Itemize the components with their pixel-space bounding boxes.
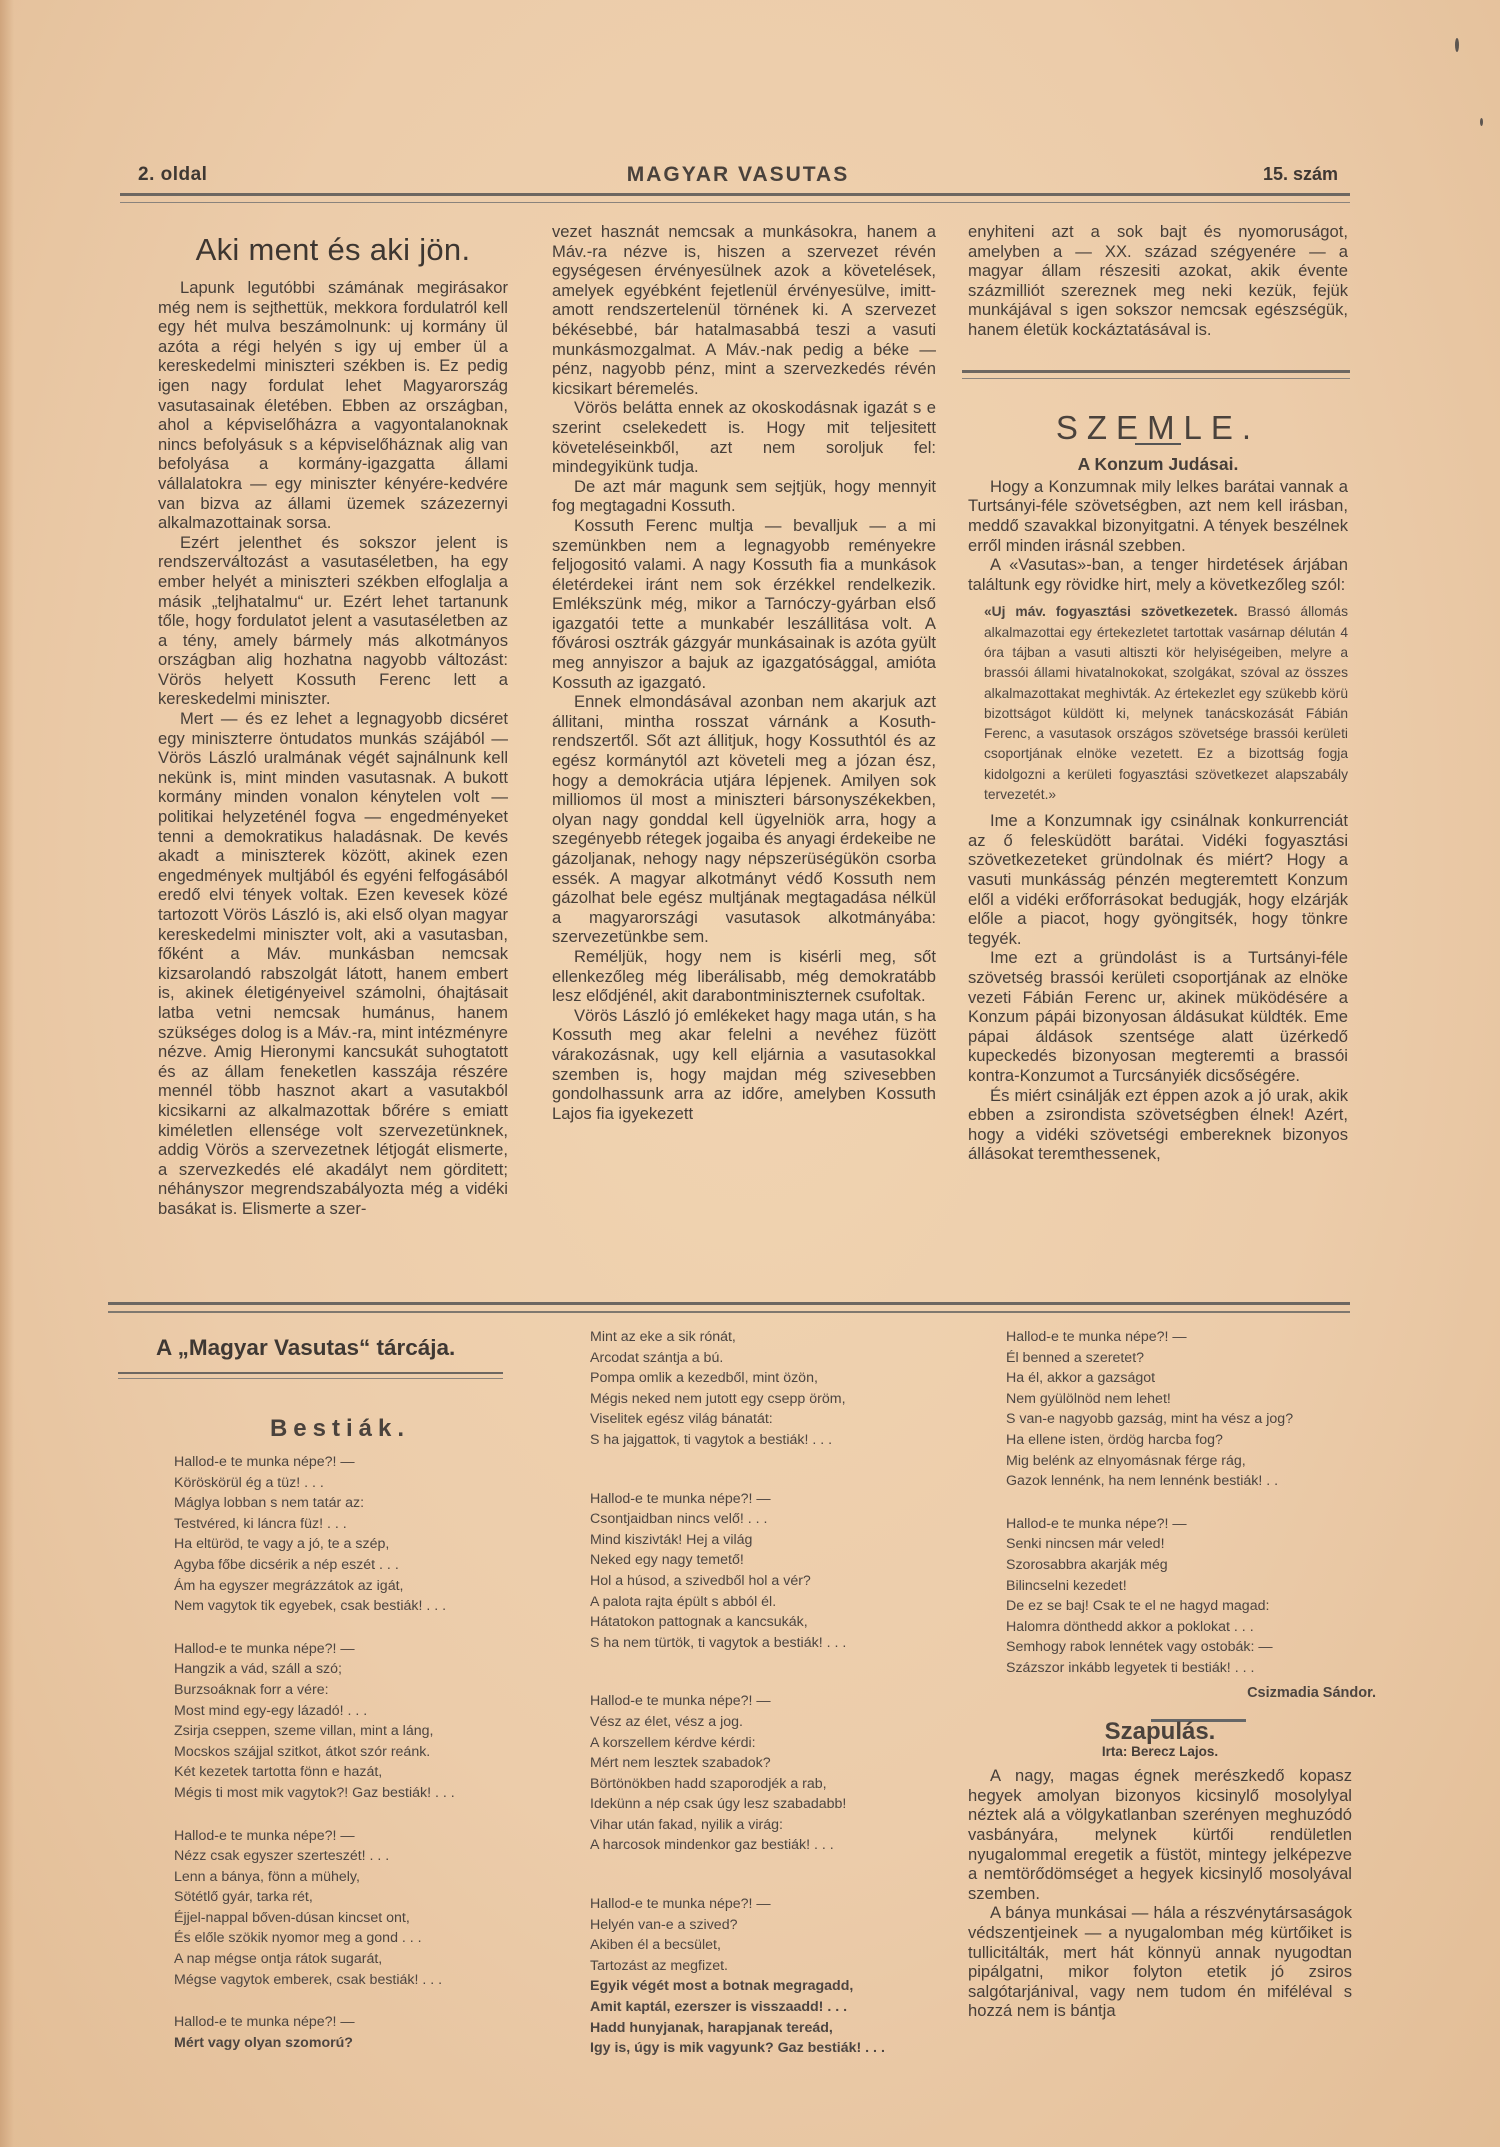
article-paragraph: Reméljük, hogy nem is kisérli meg, sőt e… (552, 947, 936, 1006)
poem-line: Halomra dönthedd akkor a poklokat . . . (1006, 1617, 1386, 1638)
feuilleton-rule (108, 1302, 1350, 1313)
poem-line: Nem gyülölnöd nem lehet! (1006, 1389, 1386, 1410)
paper-name: MAGYAR VASUTAS (138, 163, 1338, 187)
poem-line: A palota rajta épült s abból él. (590, 1592, 885, 1613)
poem-line: Két kezetek tartotta fönn e hazát, (174, 1762, 455, 1783)
poem-line: Hallod-e te munka népe?! — (174, 1826, 455, 1847)
poem-title: Bestiák. (130, 1415, 550, 1443)
szemle-paragraph: Ime a Konzumnak igy csinálnak konkurrenc… (968, 811, 1348, 948)
story-szapulas: Szapulás. Irta: Berecz Lajos. A nagy, ma… (968, 1722, 1352, 2021)
poem-line: S ha jajgattok, ti vagytok a bestiák! . … (590, 1430, 885, 1451)
poem-line: Köröskörül ég a tüz! . . . (174, 1473, 455, 1494)
poem-line: Hallod-e te munka népe?! — (1006, 1327, 1386, 1348)
poem-line: Máglya lobban s nem tatár az: (174, 1493, 455, 1514)
poem-line: Neked egy nagy temető! (590, 1550, 885, 1571)
article-paragraph: Vörös László jó emlékeket hagy maga után… (552, 1006, 936, 1124)
poem-line: Mért nem lesztek szabadok? (590, 1753, 885, 1774)
poem-line: Bilincselni kezedet! (1006, 1576, 1386, 1597)
article-paragraph: Mert — és ez lehet a legnagyobb dicséret… (158, 709, 508, 1218)
poem-line: Hallod-e te munka népe?! — (590, 1489, 885, 1510)
poem-line: A korszellem kérdve kérdi: (590, 1733, 885, 1754)
article-paragraph: enyhiteni azt a sok bajt és nyomoruságot… (968, 222, 1348, 340)
poem-line: Vihar után fakad, nyilik a virág: (590, 1815, 885, 1836)
poem-stanza: Hallod-e te munka népe?! —Hangzik a vád,… (174, 1639, 455, 1804)
poem-line: Hol a húsod, a szivedből hol a vér? (590, 1571, 885, 1592)
feuilleton-title: A „Magyar Vasutas“ tárcája. (156, 1335, 455, 1361)
poem-line: S ha nem türtök, ti vagytok a bestiák! .… (590, 1633, 885, 1654)
quote-body: Brassó állomás alkalmazottai egy értekez… (984, 604, 1348, 802)
poem-line: Hallod-e te munka népe?! — (174, 2012, 455, 2033)
poem-line: Hangzik a vád, száll a szó; (174, 1659, 455, 1680)
szemle-paragraph: Ime ezt a gründolást is a Turtsányi-féle… (968, 948, 1348, 1085)
poem-line: De ez se baj! Csak te el ne hagyd magad: (1006, 1596, 1386, 1617)
poem-line: Testvéred, ki láncra füz! . . . (174, 1514, 455, 1535)
poem-line: Százszor inkább legyetek ti bestiák! . .… (1006, 1658, 1386, 1679)
poem-author: Csizmadia Sándor. (1006, 1683, 1386, 1704)
article-paragraph: Vörös belátta ennek az okoskodásnak igaz… (552, 398, 936, 476)
poem-line: Szorosabbra akarják még (1006, 1555, 1386, 1576)
article-paragraph: Kossuth Ferenc multja — bevalljuk — a mi… (552, 516, 936, 692)
poem-stanza: Mint az eke a sik rónát,Arcodat szántja … (590, 1327, 885, 1451)
poem-line: Helyén van-e a szived? (590, 1915, 885, 1936)
poem-stanzas: Hallod-e te munka népe?! —Él benned a sz… (1006, 1327, 1386, 1679)
poem-line: Hallod-e te munka népe?! — (590, 1894, 885, 1915)
poem-line: Hadd hunyjanak, harapjanak tereád, (590, 2018, 885, 2039)
poem-line: Mind kiszivták! Hej a világ (590, 1530, 885, 1551)
quote-lead: «Uj máv. fogyasztási szövetkezetek. (984, 604, 1238, 619)
szemle-paragraph: És miért csinálják ezt éppen azok a jó u… (968, 1086, 1348, 1164)
poem-line: Idekünn a nép csak úgy lesz szabadabb! (590, 1794, 885, 1815)
poem-line: Ha él, akkor a gazságot (1006, 1368, 1386, 1389)
article-column-1: Aki ment és aki jön. Lapunk legutóbbi sz… (158, 232, 508, 1219)
poem-line: Akiben él a becsület, (590, 1935, 885, 1956)
szemle-paragraph: Hogy a Konzumnak mily lelkes barátai van… (968, 477, 1348, 555)
poem-line: Egyik végét most a botnak megragadd, (590, 1976, 885, 1997)
article-paragraph: vezet hasznát nemcsak a munkásokra, hane… (552, 222, 936, 398)
poem-line: Mért vagy olyan szomorú? (174, 2033, 455, 2054)
poem-line: Amit kaptál, ezerszer is visszaadd! . . … (590, 1997, 885, 2018)
poem-line: Mégis neked nem jutott egy csepp öröm, (590, 1389, 885, 1410)
article-column-3: enyhiteni azt a sok bajt és nyomoruságot… (968, 222, 1348, 1164)
article-paragraph: Lapunk legutóbbi számának megirásakor mé… (158, 278, 508, 533)
poem-line: A harcosok mindenkor gaz bestiák! . . . (590, 1835, 885, 1856)
quoted-news-item: «Uj máv. fogyasztási szövetkezetek. Bras… (968, 602, 1348, 805)
article-headline: Aki ment és aki jön. (158, 232, 508, 268)
poem-line: Hallod-e te munka népe?! — (590, 1691, 885, 1712)
poem-line: Éjjel-nappal bőven-dúsan kincset ont, (174, 1908, 455, 1929)
poem-line: Ha eltüröd, te vagy a jó, te a szép, (174, 1534, 455, 1555)
poem-line: Sötétlő gyár, tarka rét, (174, 1887, 455, 1908)
poem-line: Hallod-e te munka népe?! — (174, 1452, 455, 1473)
poem-line: Igy is, úgy is mik vagyunk? Gaz bestiák!… (590, 2038, 885, 2059)
poem-stanza: Hallod-e te munka népe?! —Mért vagy olya… (174, 2012, 455, 2053)
poem-line: Gazok lennénk, ha nem lennénk bestiák! .… (1006, 1471, 1386, 1492)
poem-stanza: Hallod-e te munka népe?! —Köröskörül ég … (174, 1452, 455, 1617)
section-rule (962, 370, 1350, 379)
story-paragraph: A bánya munkásai — hála a részvénytársas… (968, 1903, 1352, 2021)
szemle-article-title: A Konzum Judásai. (968, 455, 1348, 475)
feuilleton-title-rule (118, 1372, 503, 1379)
poem-line: Nem vagytok tik egyebek, csak bestiák! .… (174, 1596, 455, 1617)
poem-line: Vész az élet, vész a jog. (590, 1712, 885, 1733)
poem-line: Agyba főbe dicsérik a nép eszét . . . (174, 1555, 455, 1576)
article-paragraph: Ezért jelenthet és sokszor jelent is ren… (158, 533, 508, 709)
newspaper-page: 2. oldal MAGYAR VASUTAS 15. szám Aki men… (0, 0, 1500, 2147)
masthead-rule (120, 193, 1350, 203)
poem-line: Él benned a szeretet? (1006, 1348, 1386, 1369)
scan-speck (1455, 38, 1459, 52)
poem-stanza: Hallod-e te munka népe?! —Helyén van-e a… (590, 1894, 885, 2059)
story-byline: Irta: Berecz Lajos. (968, 1742, 1352, 1762)
poem-line: Mégse vagytok emberek, csak bestiák! . .… (174, 1970, 455, 1991)
masthead: 2. oldal MAGYAR VASUTAS 15. szám (138, 160, 1338, 190)
article-paragraph: De azt már magunk sem sejtjük, hogy menn… (552, 477, 936, 516)
poem-line: Senki nincsen már veled! (1006, 1534, 1386, 1555)
poem-line: Hátatokon pattognak a kancsukák, (590, 1612, 885, 1633)
poem-stanza: Hallod-e te munka népe?! —Él benned a sz… (1006, 1327, 1386, 1492)
poem-line: Mint az eke a sik rónát, (590, 1327, 885, 1348)
scan-speck (1480, 118, 1483, 126)
poem-line: Nézz csak egyszer szerteszét! . . . (174, 1846, 455, 1867)
poem-line: Ha ellene isten, ördög harcba fog? (1006, 1430, 1386, 1451)
poem-line: Mégis ti most mik vagytok?! Gaz bestiák!… (174, 1783, 455, 1804)
poem-line: Burzsoáknak forr a vére: (174, 1680, 455, 1701)
story-title: Szapulás. (968, 1722, 1352, 1742)
poem-line: Arcodat szántja a bú. (590, 1348, 885, 1369)
story-paragraph: A nagy, magas égnek merészkedő kopasz he… (968, 1766, 1352, 1903)
poem-line: Hallod-e te munka népe?! — (1006, 1514, 1386, 1535)
poem-stanza: Hallod-e te munka népe?! —Csontjaidban n… (590, 1489, 885, 1654)
poem-line: Most mind egy-egy lázadó! . . . (174, 1701, 455, 1722)
poem-column-2: Mint az eke a sik rónát,Arcodat szántja … (590, 1327, 885, 2097)
poem-stanza: Hallod-e te munka népe?! —Vész az élet, … (590, 1691, 885, 1856)
poem-line: Mig belénk az elnyomásnak férge rág, (1006, 1451, 1386, 1472)
poem-line: Viselitek egész világ bánatát: (590, 1409, 885, 1430)
poem-column-1: Hallod-e te munka népe?! —Köröskörül ég … (174, 1452, 455, 2075)
issue-number: 15. szám (1263, 164, 1338, 185)
poem-line: S van-e nagyobb gazság, mint ha vész a j… (1006, 1409, 1386, 1430)
section-title-szemle: SZEMLE. (968, 418, 1348, 438)
poem-line: És előle szökik nyomor meg a gond . . . (174, 1928, 455, 1949)
poem-line: Börtönökben hadd szaporodjék a rab, (590, 1774, 885, 1795)
poem-line: Pompa omlik a kezedből, mint özön, (590, 1368, 885, 1389)
poem-stanza: Hallod-e te munka népe?! —Senki nincsen … (1006, 1514, 1386, 1679)
poem-line: Semhogy rabok lennétek vagy ostobák: — (1006, 1637, 1386, 1658)
article-paragraph: Ennek elmondásával azonban nem akarjuk a… (552, 692, 936, 947)
poem-line: Lenn a bánya, fönn a mühely, (174, 1867, 455, 1888)
poem-line: Ám ha egyszer megrázzátok az igát, (174, 1576, 455, 1597)
poem-stanza: Hallod-e te munka népe?! —Nézz csak egys… (174, 1826, 455, 1991)
poem-line: Tartozást az megfizet. (590, 1956, 885, 1977)
szemle-paragraph: A «Vasutas»-ban, a tenger hirdetések árj… (968, 555, 1348, 594)
poem-column-3: Hallod-e te munka népe?! —Él benned a sz… (1006, 1327, 1386, 1722)
poem-line: Mocskos szájjal szitkot, átkot szór reán… (174, 1742, 455, 1763)
poem-line: Hallod-e te munka népe?! — (174, 1639, 455, 1660)
poem-line: A nap mégse ontja rátok sugarát, (174, 1949, 455, 1970)
poem-line: Csontjaidban nincs velő! . . . (590, 1509, 885, 1530)
article-column-2: vezet hasznát nemcsak a munkásokra, hane… (552, 222, 936, 1123)
poem-line: Zsirja cseppen, szeme villan, mint a lán… (174, 1721, 455, 1742)
paper-edge-shadow (0, 0, 14, 2147)
